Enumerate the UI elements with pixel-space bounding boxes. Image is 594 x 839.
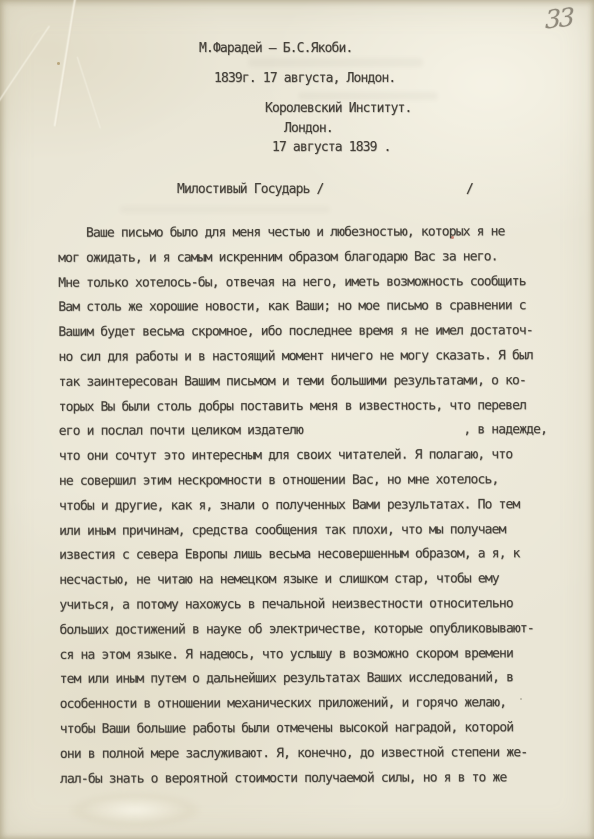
letter-city: Лондон. xyxy=(284,122,333,136)
letter-dateline: 1839г. 17 августа, Лондон. xyxy=(214,72,395,86)
body-line: особенности в отношении механических при… xyxy=(60,691,548,718)
body-line: они в полной мере заслуживают. Я, конечн… xyxy=(60,741,548,768)
paper-crease xyxy=(70,793,200,827)
body-line: ся на этом языке. Я надеюсь, что услышу … xyxy=(59,642,547,669)
body-line: чтобы и другие, как я, знали о полученны… xyxy=(59,493,547,520)
letter-body: Ваше письмо было для меня честью и любез… xyxy=(58,220,548,792)
paper-crease xyxy=(76,57,101,129)
body-line: так заинтересован Вашим письмом и теми б… xyxy=(59,369,547,396)
body-line: Ваше письмо было для меня честью и любез… xyxy=(58,220,546,247)
bleed-through-smudge xyxy=(120,206,330,213)
body-line: чтобы Ваши большие работы были отмечены … xyxy=(60,716,548,743)
letter-institution: Королевский Институт. xyxy=(265,102,412,116)
paper-speck xyxy=(57,62,60,65)
body-line: Вашим будет весьма скромное, ибо последн… xyxy=(58,319,546,346)
handwritten-page-number: 33 xyxy=(545,2,573,34)
body-line: больших достижений в науке об электричес… xyxy=(59,617,547,644)
bleed-through-smudge xyxy=(248,58,423,67)
body-line: несчастью, не читаю на немецком языке и … xyxy=(59,567,547,594)
body-line: учиться, а потому нахожусь в печальной н… xyxy=(59,592,547,619)
body-line: или иным причинам, средства сообщения та… xyxy=(59,518,547,545)
paper-crease xyxy=(0,26,50,106)
body-line: тем или иным путем о дальнейших результа… xyxy=(60,666,548,693)
body-line: торых Вы были столь добры поставить меня… xyxy=(59,394,547,421)
letter-title: М.Фарадей — Б.С.Якоби. xyxy=(199,42,353,56)
body-line: Мне только хотелось-бы, отвечая на него,… xyxy=(58,270,546,297)
body-line: лал-бы знать о вероятной стоимости получ… xyxy=(60,766,548,793)
bleed-through-smudge xyxy=(298,92,438,100)
letter-salutation: Милостивый Государь / xyxy=(177,183,324,197)
body-line: что они сочтут это интересным для своих … xyxy=(59,443,547,470)
body-line: мог ожидать, и я самым искренним образом… xyxy=(58,245,546,272)
body-line: не совершил этим нескромности в отношени… xyxy=(59,468,547,495)
paper-sheet: 33 М.Фарадей — Б.С.Якоби. 1839г. 17 авгу… xyxy=(0,0,594,839)
salutation-margin-mark: / xyxy=(466,183,473,197)
body-line: но сил для работы и в настоящий момент н… xyxy=(58,344,546,371)
body-line: его и послал почти целиком издателю , в … xyxy=(59,419,547,446)
body-line: Вам столь же хорошие новости, как Ваши; … xyxy=(58,295,546,322)
letter-date: 17 августа 1839 . xyxy=(272,141,391,155)
body-line: известия с севера Европы лишь весьма нес… xyxy=(59,543,547,570)
